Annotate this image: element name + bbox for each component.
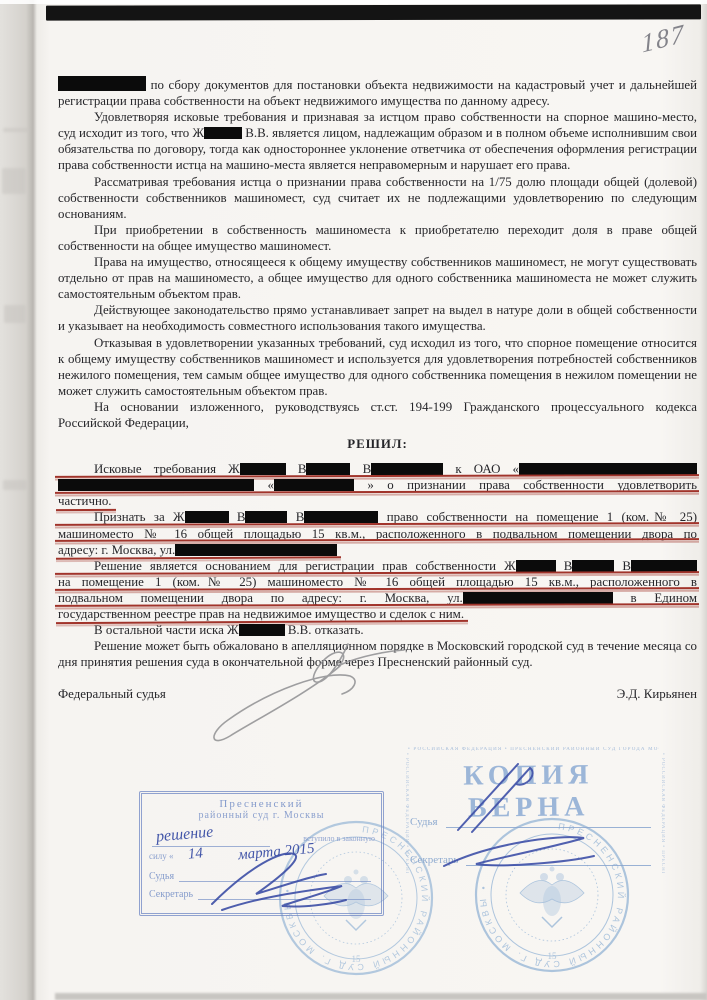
resolution-line: частично.: [58, 493, 697, 509]
judge-label: Судья: [149, 871, 174, 882]
resolution-text: В: [622, 559, 631, 573]
copy-verna-stamp: • РОССИЙСКАЯ ФЕДЕРАЦИЯ • ПРЕСНЕНСКИЙ РАЙ…: [402, 747, 665, 879]
bleed-through-ghost: [2, 168, 26, 194]
stamp-border-text: • РОССИЙСКАЯ ФЕДЕРАЦИЯ • ПРЕСНЕНСКИЙ РАЙ…: [408, 747, 659, 752]
redaction-bar: [175, 544, 337, 556]
handwritten-date: марта 2015: [237, 841, 315, 865]
stamp-court-name-line1: Пресненский: [142, 798, 381, 810]
stamp-judge-row: Судья: [149, 870, 371, 882]
resolution-line: подвальном помещении двора по адресу: г.…: [58, 590, 697, 606]
stamp-judge-row: Судья: [410, 815, 651, 828]
scan-top-edge-artifact: [46, 4, 701, 20]
paragraph: Права на имущество, относящееся к общему…: [58, 254, 697, 302]
signature-line: [198, 888, 371, 900]
resolution-line: машиноместо № 16 общей площадью 15 кв.м.…: [58, 526, 697, 542]
resolution-line: « » о признании права собственности удов…: [58, 477, 697, 493]
page-number-handwritten: 187: [641, 18, 687, 59]
redaction-bar: [304, 511, 378, 523]
judge-name: Э.Д. Кирьянен: [617, 686, 697, 702]
stamp-secretary-row: Секретарь: [410, 853, 651, 866]
redaction-bar: [185, 511, 229, 523]
resolution-text: В: [363, 462, 372, 476]
redaction-bar: [371, 463, 443, 475]
judge-label: Судья: [410, 816, 438, 828]
paragraph: Отказывая в удовлетворении указанных тре…: [58, 335, 697, 399]
stamp-secretary-row: Секретарь: [149, 888, 371, 900]
redaction-bar: [572, 560, 614, 572]
resolution-text: В: [237, 510, 246, 524]
resolution-line: Исковые требования Ж В В к ОАО «: [58, 461, 697, 477]
paragraph: На основании изложенного, руководствуясь…: [58, 399, 697, 431]
redaction-bar: [204, 127, 242, 139]
page-bottom-edge: [55, 993, 707, 1000]
redaction-bar: [58, 76, 146, 91]
paragraph: Удовлетворяя исковые требования и призна…: [58, 109, 697, 173]
signature-line: [466, 853, 651, 866]
resolution-text: к ОАО «: [455, 462, 519, 476]
redaction-bar: [306, 463, 350, 475]
resolution-text: право собственности на помещение 1 (ком.…: [387, 510, 697, 524]
redaction-bar: [519, 463, 697, 475]
court-decision-text: по сбору документов для постановки объек…: [58, 76, 697, 702]
seal-number: 15: [352, 954, 362, 964]
stamp-printed-text: силу «: [149, 851, 174, 861]
redaction-bar: [516, 560, 556, 572]
signature-line: [179, 870, 371, 882]
signature-row: Федеральный судья Э.Д. Кирьянен: [58, 686, 697, 702]
redaction-bar: [245, 511, 287, 523]
resolution-text: В.В. отказать.: [288, 623, 364, 637]
document-scan: 187 по сбору документов для постановки о…: [0, 0, 707, 1000]
resolution-text: Признать за Ж: [94, 510, 185, 524]
seal-number: 15: [548, 951, 558, 961]
resolution-text: В: [564, 559, 573, 573]
resolution-text: на помещение 1 (ком.№ 25) машиноместо № …: [58, 575, 697, 589]
redaction-bar: [274, 479, 354, 491]
resolution-line: В остальной части иска Ж В.В. отказать.: [58, 622, 697, 638]
appeal-paragraph: Решение может быть обжаловано в апелляци…: [58, 638, 697, 670]
resolution-text: частично.: [58, 494, 112, 508]
resolution-text: в Едином: [631, 591, 697, 605]
stamp-border-text: • РОССИЙСКАЯ ФЕДЕРАЦИЯ • ПРЕСНЕНСКИЙ РАЙ…: [658, 753, 665, 873]
redaction-bar: [239, 624, 285, 636]
resolution-text: Исковые требования Ж: [94, 462, 240, 476]
resolution-text: Решение является основанием для регистра…: [94, 559, 516, 573]
handwritten-date: 14: [187, 845, 203, 863]
bleed-through-ghost: [3, 128, 29, 132]
paragraph-text: по сбору документов для постановки объек…: [58, 78, 697, 108]
resolution-text: » о признании права собственности удовле…: [367, 478, 697, 492]
resolution-text: государственном реестре прав на недвижим…: [58, 607, 464, 621]
bleed-through-ghost: [4, 305, 26, 323]
redaction-bar: [631, 560, 697, 572]
resolution-text: подвальном помещении двора по адресу: г.…: [58, 591, 463, 605]
resolution-line: Решение является основанием для регистра…: [58, 558, 697, 574]
paragraph: При приобретении в собственность машином…: [58, 222, 697, 254]
redaction-bar: [240, 463, 286, 475]
redaction-bar: [463, 592, 613, 604]
resolution-text: машиноместо № 16 общей площадью 15 кв.м.…: [58, 527, 697, 541]
resolution-text: В: [296, 510, 305, 524]
resolution-text: адресу: г. Москва, ул.: [58, 543, 337, 557]
paragraph: по сбору документов для постановки объек…: [58, 76, 697, 109]
secretary-label: Секретарь: [149, 889, 193, 900]
resolution-line: Признать за Ж В В право собственности на…: [58, 509, 697, 525]
resolution-line: адресу: г. Москва, ул.: [58, 542, 697, 558]
secretary-label: Секретарь: [410, 854, 458, 866]
redaction-bar: [58, 479, 254, 491]
resolution-line: государственном реестре прав на недвижим…: [58, 606, 697, 622]
signature-line: [446, 815, 651, 828]
stamp-court-name-line2: районный суд г. Москвы: [142, 810, 381, 821]
judge-title: Федеральный судья: [58, 686, 166, 702]
court-entry-stamp: Пресненский районный суд г. Москвы вступ…: [139, 791, 384, 916]
resolution-line: на помещение 1 (ком.№ 25) машиноместо № …: [58, 574, 697, 590]
paragraph: Рассматривая требования истца о признани…: [58, 174, 697, 222]
decision-heading: РЕШИЛ:: [58, 436, 697, 452]
handwritten-note: решение: [155, 824, 214, 847]
resolution-text: В: [298, 462, 307, 476]
bleed-through-ghost: [3, 480, 27, 490]
resolution-text: В остальной части иска Ж: [94, 623, 239, 637]
paragraph: Действующее законодательство прямо устан…: [58, 302, 697, 334]
